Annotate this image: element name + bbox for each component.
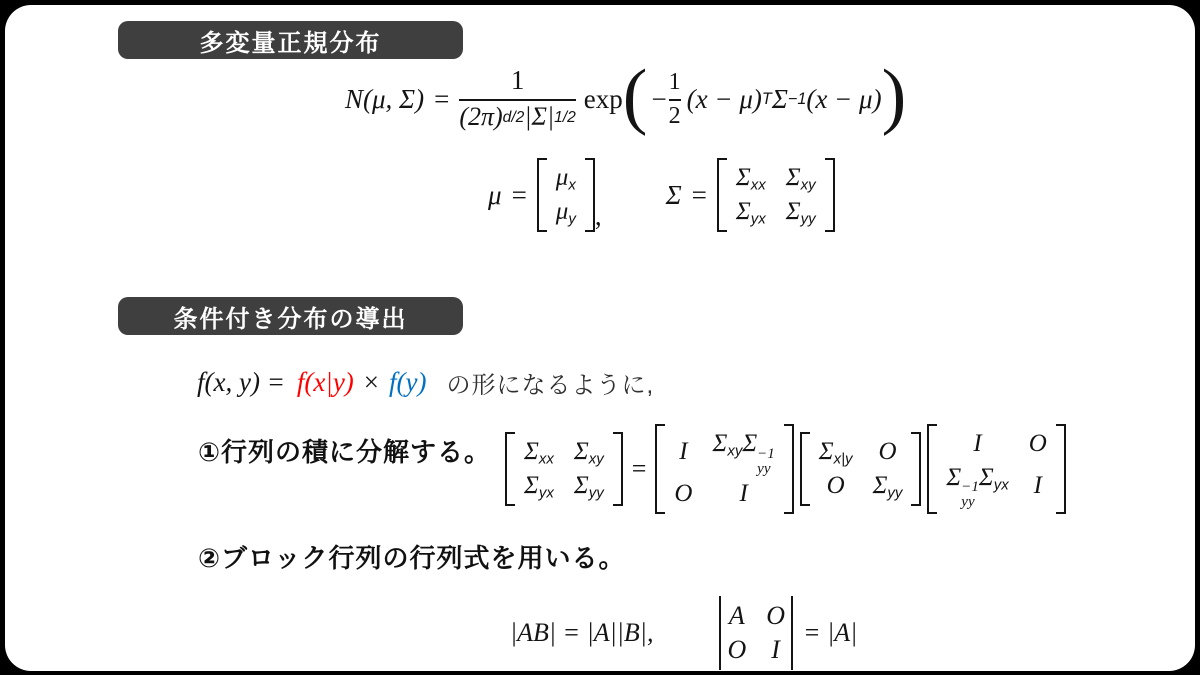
matrix-bracket-right [911,432,921,506]
mu-symbol: μ [488,180,502,211]
block-diagonal-entries: Σx|yOOΣyy [813,432,909,506]
section1-badge: 多変量正規分布 [118,21,463,59]
covariance-matrix: ΣxxΣxyΣyxΣyy [505,432,623,506]
lower-triangular-entries: IOΣ−1yyΣyxI [940,424,1052,513]
marginal-density: f(y) [389,367,426,398]
mu-vector-entries: μxμy [550,158,582,232]
matrix-decomposition-equation: ΣxxΣxyΣyxΣyy = IΣxyΣ−1yyOI Σx|yOOΣyy IOΣ… [505,423,1066,515]
covariance-entries: ΣxxΣxyΣyxΣyy [730,158,822,232]
matrix-bracket-right [784,424,794,513]
section1-badge-label: 多変量正規分布 [200,23,382,58]
matrix-bracket-left [655,424,665,513]
block-determinant-entries: AOOI [721,596,791,670]
covariance-matrix: ΣxxΣxyΣyxΣyy [717,158,835,232]
section2-badge: 条件付き分布の導出 [118,297,463,335]
factorization-line: f(x, y) = f(x|y) × f(y) の形になるように, [197,361,654,403]
matrix-bracket-right [825,158,835,232]
fraction-bar [459,99,575,101]
factorization-note: の形になるように, [447,365,655,400]
step2-label: ②ブロック行列の行列式を用いる。 [198,538,626,575]
equals-sign: = [692,180,707,211]
step1-label: ①行列の積に分解する。 [198,432,491,469]
transpose-sup: T [762,90,772,109]
det-product-identity: |AB| = |A||B|, [510,618,653,648]
block-diagonal-matrix: Σx|yOOΣyy [800,432,922,506]
mu-vector: μxμy [537,158,595,232]
upper-triangular-matrix: IΣxyΣ−1yyOI [655,424,793,513]
equals-sign: = [632,454,647,484]
joint-density: f(x, y) = [197,367,285,398]
formula-lhs: N(μ, Σ) [345,84,424,115]
matrix-bracket-right [613,432,623,506]
matrix-bracket-left [505,432,515,506]
sigma-symbol: Σ [772,84,788,115]
dimension-exponent: d/2 [503,109,525,126]
fraction-denominator: (2π)d/2|Σ|1/2 [459,103,575,132]
quadratic-right: (x − μ) [806,84,881,115]
half-numerator: 1 [669,69,681,95]
matrix-bracket-right [585,158,595,232]
slide-panel: 多変量正規分布 N(μ, Σ) = 1 (2π)d/2|Σ|1/2 exp ( … [5,5,1195,671]
exp-label: exp [584,84,623,115]
det-result: = |A| [803,618,857,648]
close-paren: ) [882,59,907,133]
section2-badge-label: 条件付き分布の導出 [174,299,408,334]
conditional-density: f(x|y) [297,367,354,398]
matrix-bracket-right [1056,424,1066,513]
quadratic-left: (x − μ) [687,84,762,115]
half-fraction-bar [669,99,681,101]
equals-sign: = [434,84,449,115]
two-pi-term: (2π) [459,103,502,132]
matrix-bracket-left [537,158,547,232]
block-determinant: AOOI [719,596,793,670]
sigma-symbol: Σ [666,180,682,211]
covariance-entries: ΣxxΣxyΣyxΣyy [518,432,610,506]
normal-density-formula: N(μ, Σ) = 1 (2π)d/2|Σ|1/2 exp ( − 1 2 (x… [345,58,906,140]
determinant-bar-right [791,596,793,670]
matrix-bracket-left [717,158,727,232]
normalizing-fraction: 1 (2π)d/2|Σ|1/2 [459,66,575,131]
matrix-bracket-left [927,424,937,513]
one-half-fraction: 1 2 [669,69,681,129]
fraction-numerator: 1 [511,66,525,96]
matrix-bracket-left [800,432,810,506]
parameter-definitions: μ = μxμy , Σ = ΣxxΣxyΣyxΣyy [488,158,835,232]
open-paren: ( [623,59,648,133]
half-exponent: 1/2 [554,109,576,126]
times-sign: × [364,367,379,398]
lower-triangular-matrix: IOΣ−1yyΣyxI [927,424,1065,513]
det-sigma-term: |Σ| [524,103,554,132]
equals-sign: = [512,180,527,211]
comma: , [595,201,602,232]
inverse-sup: −1 [788,90,806,109]
minus-sign: − [651,84,666,115]
determinant-identities: |AB| = |A||B|, AOOI = |A| [510,597,857,669]
half-denominator: 2 [669,103,681,129]
upper-triangular-entries: IΣxyΣ−1yyOI [668,424,780,513]
